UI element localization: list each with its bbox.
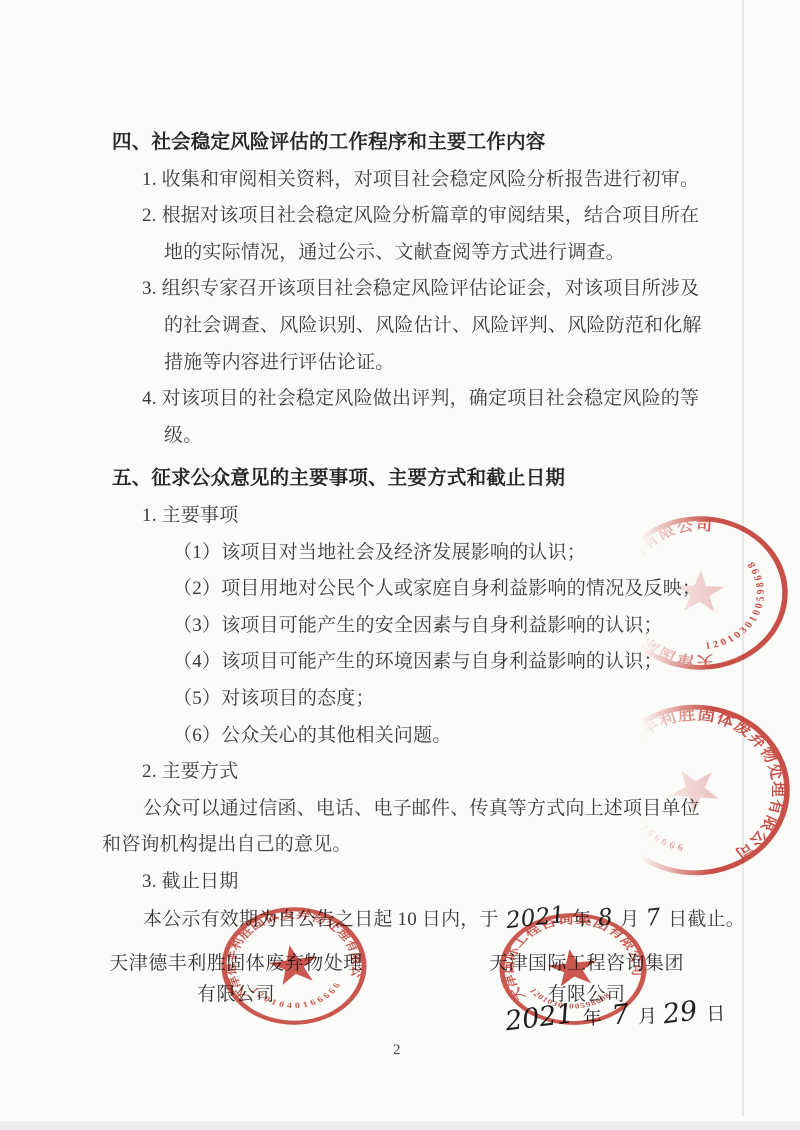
date-day-label: 日 [706, 999, 726, 1027]
doc-line: 级。 [164, 418, 708, 455]
star-icon [265, 942, 322, 986]
seal-serial-number: 1201030100598698 [527, 979, 615, 1015]
edge-seal-bottom: 天津德丰利胜固体废弃物处理有限公司 1201040166666 [590, 690, 800, 890]
seal-serial-number: 1201040166666 [249, 974, 349, 1017]
page-bottom-shadow [0, 1121, 800, 1130]
section-5-heading: 五、征求公众意见的主要事项、主要方式和截止日期 [112, 461, 708, 498]
star-icon [663, 758, 731, 819]
star-icon [545, 947, 601, 988]
edge-seal-top: 天津国际工程咨询集团有限公司 1201030100598698 [600, 503, 800, 683]
doc-line: 的社会调查、风险识别、风险估计、风险评判、风险防范和化解 [164, 308, 708, 345]
star-icon [667, 565, 728, 620]
doc-line: 2. 根据对该项目社会稳定风险分析篇章的审阅结果，结合项目所在 [142, 198, 708, 235]
svg-text:1201030100598698: 1201030100598698 [527, 979, 615, 1015]
company-seal-left: 天津德丰利胜固体废弃物处理有限公司 1201040166666 [209, 896, 379, 1036]
scanned-notice-page: { "document": { "page_number": "2", "sec… [0, 0, 800, 1130]
doc-line: 地的实际情况，通过公示、文献查阅等方式进行调查。 [164, 235, 708, 272]
page-number: 2 [393, 1042, 401, 1059]
doc-line: 4. 对该项目的社会稳定风险做出评判，确定项目社会稳定风险的等 [142, 381, 708, 418]
doc-line: 措施等内容进行评估论证。 [164, 345, 708, 382]
svg-text:1201040166666: 1201040166666 [249, 974, 349, 1017]
company-seal-right: 天津国际工程咨询集团有限公司 1201030100598698 [488, 904, 658, 1034]
deadline-suffix: 日截止。 [668, 909, 745, 930]
doc-line: 1. 收集和审阅相关资料，对项目社会稳定风险分析报告进行初审。 [142, 162, 708, 199]
handwritten-date-day: 29 [661, 995, 699, 1030]
section-4-heading: 四、社会稳定风险评估的工作程序和主要工作内容 [112, 125, 708, 162]
doc-line: 3. 组织专家召开该项目社会稳定风险评估论证会，对该项目所涉及 [142, 271, 708, 308]
